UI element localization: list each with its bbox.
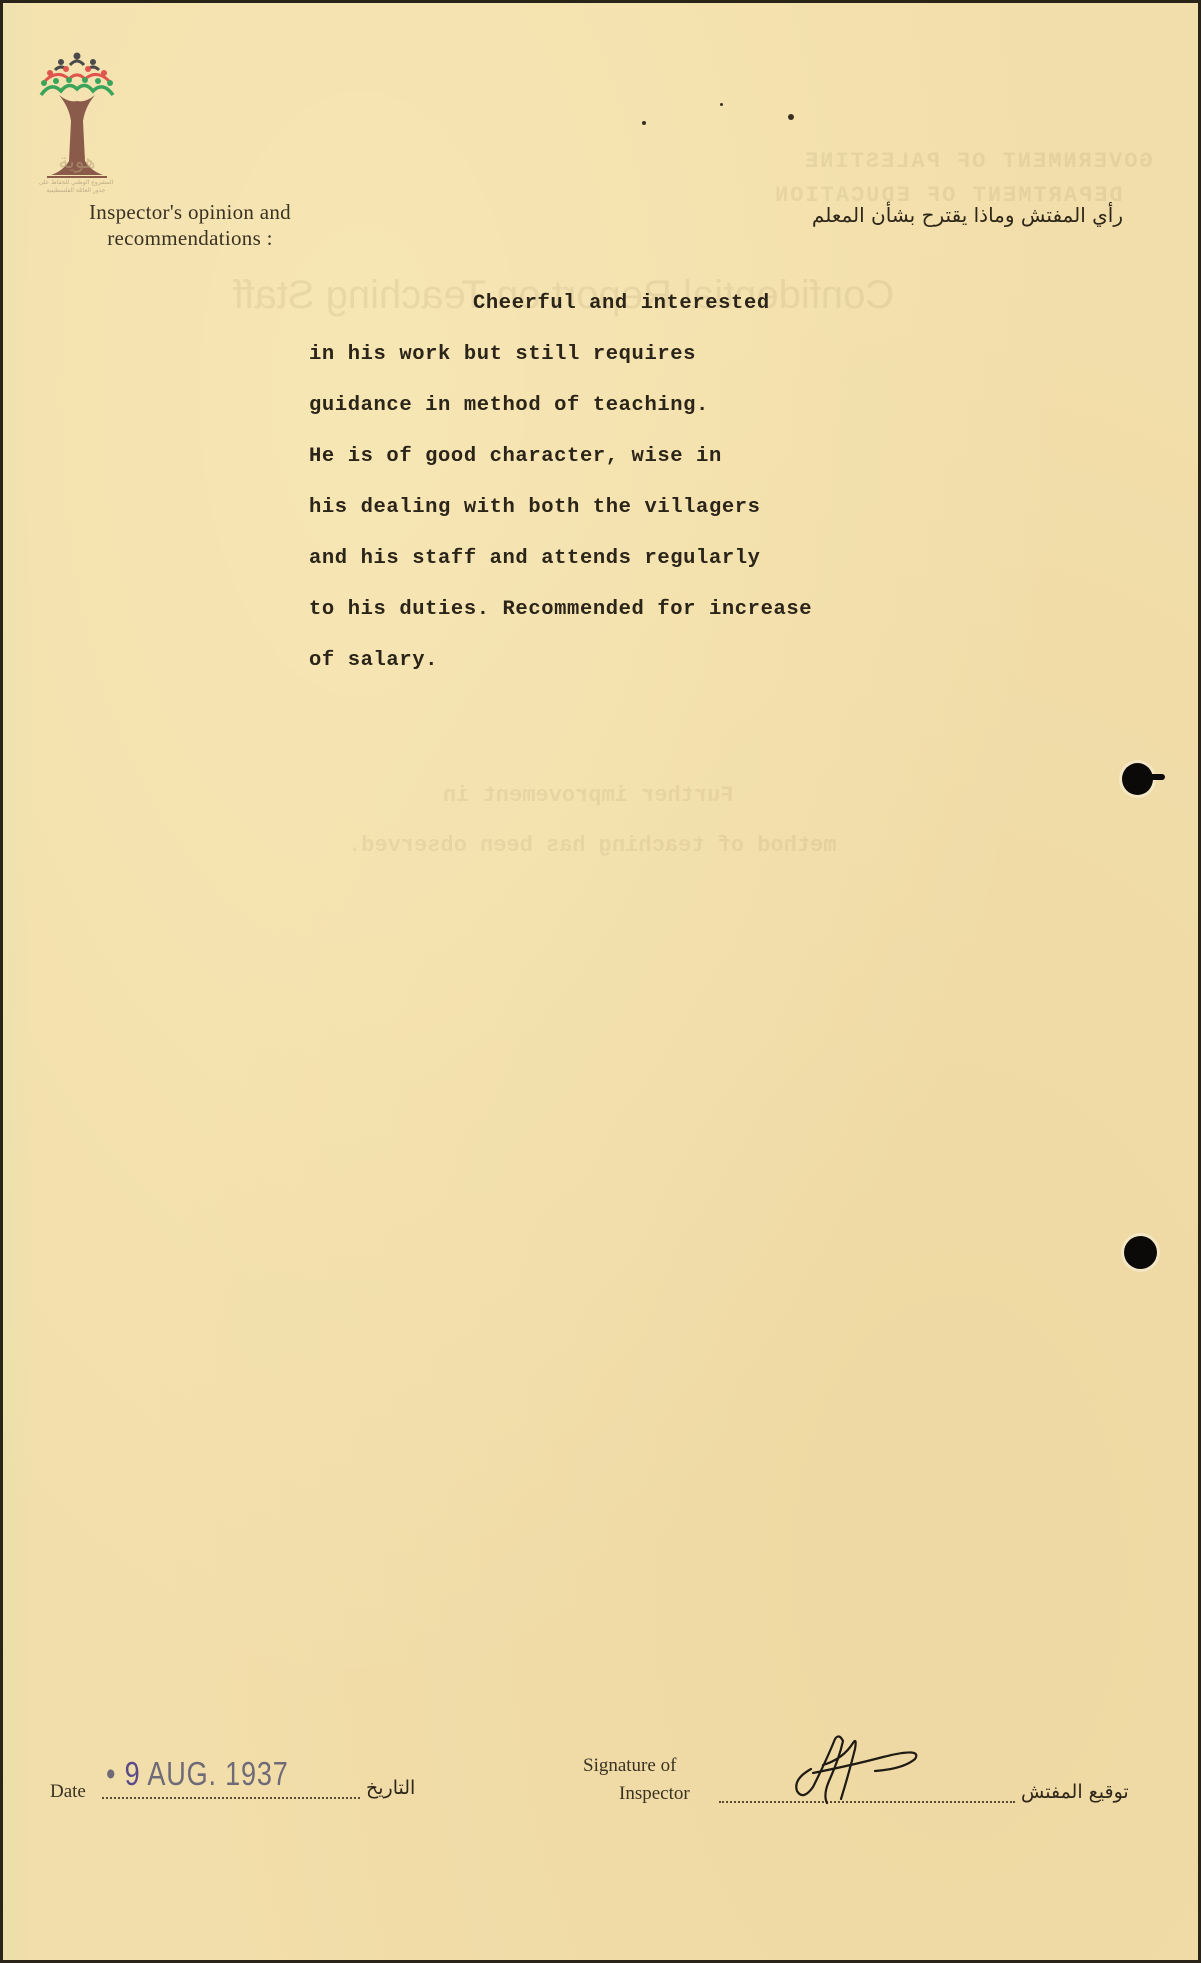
punch-hole (1122, 763, 1153, 795)
reverse-bleed-text: method of teaching has been observed. (348, 833, 836, 858)
date-dotted-line (102, 1797, 360, 1799)
remarks-line: Cheerful and interested (309, 287, 949, 338)
handwritten-signature-icon (783, 1729, 933, 1809)
remarks-line: guidance in method of teaching. (309, 389, 949, 440)
section-label-en: Inspector's opinion and recommendations … (55, 199, 325, 251)
reverse-bleed-text: GOVERNMENT OF PALESTINE (803, 149, 1153, 174)
inspector-remarks: Cheerful and interested in his work but … (309, 287, 949, 695)
section-label-line: Inspector's opinion and (55, 199, 325, 225)
remarks-line: He is of good character, wise in (309, 440, 949, 491)
date-field: Date • 9 AUG. 1937 التاريخ (50, 1755, 380, 1805)
dust-speck (720, 103, 723, 106)
logo-wordmark: هوية (49, 149, 105, 173)
remarks-line: and his staff and attends regularly (309, 542, 949, 593)
signature-label-ar: توقيع المفتش (1021, 1781, 1129, 1803)
date-stamp: • 9 AUG. 1937 (106, 1755, 289, 1793)
punch-hole (1124, 1236, 1157, 1269)
dust-speck (788, 114, 794, 120)
signature-label: Signature of (583, 1755, 676, 1777)
logo-caption: المشروع الوطني للحفاظ على جذور العائلة ا… (31, 179, 121, 195)
date-label: Date (50, 1781, 86, 1803)
punch-hole-tear (1149, 774, 1165, 780)
signature-field: Signature of Inspector توقيع المفتش (583, 1743, 1128, 1813)
remarks-line: his dealing with both the villagers (309, 491, 949, 542)
section-label-line: recommendations : (55, 225, 325, 251)
remarks-line: to his duties. Recommended for increase (309, 593, 949, 644)
stamp-day: 9 (125, 1755, 141, 1792)
stamp-month-year: AUG. 1937 (141, 1755, 289, 1792)
remarks-line: of salary. (309, 644, 949, 695)
dust-speck (642, 121, 646, 125)
signature-label: Inspector (619, 1783, 690, 1805)
section-label-ar: رأي المفتش وماذا يقترح بشأن المعلم (812, 203, 1123, 227)
logo-caption-line: جذور العائلة الفلسطينية (31, 187, 121, 195)
remarks-line: in his work but still requires (309, 338, 949, 389)
reverse-bleed-text: Further improvement in (443, 783, 733, 808)
date-label-ar: التاريخ (366, 1777, 415, 1799)
document-page: GOVERNMENT OF PALESTINE DEPARTMENT OF ED… (3, 3, 1198, 1960)
stamp-prefix: • (106, 1755, 116, 1792)
logo-caption-line: المشروع الوطني للحفاظ على (31, 179, 121, 187)
